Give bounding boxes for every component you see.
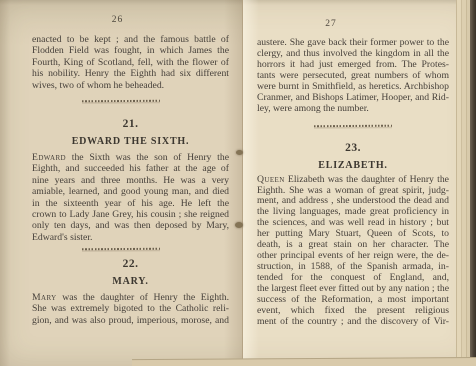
text-line: wives, two of whom he beheaded. [32, 80, 229, 91]
text-line: horrors it had just emerged from. The Pr… [257, 60, 449, 71]
text-line: ley, were among the number. [257, 104, 449, 115]
text-line: austere. She gave back their former powe… [257, 38, 449, 49]
text-line: Flodden Field was fought, in which James… [32, 45, 229, 56]
gutter-fold-line [242, 0, 243, 366]
text-line: event, which fixed the present religious… [257, 306, 449, 317]
text-line: death, is a great stain on her character… [257, 240, 449, 251]
book-cover-edge [470, 0, 476, 366]
smallcaps-lead-word: Edward [32, 152, 66, 163]
text-line: enacted to be kept ; and the famous batt… [32, 34, 229, 45]
text-line: She was extremely bigoted to the Catholi… [32, 303, 229, 314]
bottom-page-edge [132, 357, 476, 366]
text-line: Queen Elizabeth was the daughter of Henr… [257, 175, 449, 186]
book-spread-scan: 26enacted to be kept ; and the famous ba… [0, 0, 476, 366]
text-line: Fourth, King of Scotland, fell, with the… [32, 57, 229, 68]
text-line: Edward's sister. [32, 232, 229, 243]
text-line: crown to Lady Jane Grey, his cousin ; sh… [32, 209, 229, 220]
page-number: 26 [32, 14, 229, 26]
page-right-text-column: 27austere. She gave back their former po… [257, 18, 449, 328]
section-divider-rule [82, 100, 160, 103]
page-number: 27 [257, 18, 449, 30]
text-line: in the sixteenth year of his age. He lef… [32, 198, 229, 209]
text-line: struction, in 1588, of the Spanish armad… [257, 262, 449, 273]
text-line: tants were persecuted, great numbers of … [257, 71, 449, 82]
text-line: only ten days, and was then deposed by M… [32, 220, 229, 231]
section-divider-rule [82, 248, 160, 251]
text-line: the sciences, and was well read in histo… [257, 218, 449, 229]
paragraph: Queen Elizabeth was the daughter of Henr… [257, 175, 449, 328]
paragraph: austere. She gave back their former powe… [257, 38, 449, 115]
binding-stitch-mark [235, 222, 243, 228]
section-title: MARY. [32, 276, 229, 288]
text-line: his nobility. Henry the Eighth had six d… [32, 68, 229, 79]
text-line: success of the Reformation, a most impor… [257, 295, 449, 306]
text-line: Edward the Sixth was the son of Henry th… [32, 152, 229, 163]
section-number: 23. [257, 141, 449, 155]
section-title: ELIZABETH. [257, 160, 449, 172]
left-edge-shadow [0, 0, 10, 366]
text-line: amiable, learned, and good young man, an… [32, 186, 229, 197]
section-number: 21. [32, 117, 229, 131]
text-line: ment, and address , she understood the d… [257, 196, 449, 207]
text-line: nine years and three months. He was a ve… [32, 175, 229, 186]
paragraph: Mary was the daughter of Henry the Eight… [32, 292, 229, 326]
text-line: Mary was the daughter of Henry the Eight… [32, 292, 229, 303]
text-line: ment of the country ; and the discovery … [257, 317, 449, 328]
smallcaps-lead-word: Queen [257, 175, 285, 185]
top-edge-shadow [0, 0, 476, 5]
text-line: gion, and was also proud, imperious, mor… [32, 315, 229, 326]
smallcaps-lead-word: Mary [32, 292, 57, 303]
paragraph: Edward the Sixth was the son of Henry th… [32, 152, 229, 243]
section-title: EDWARD THE SIXTH. [32, 136, 229, 148]
text-line: Cranmer, and Bishops Latimer, Hooper, an… [257, 93, 449, 104]
section-divider-rule [314, 124, 392, 127]
text-line: Eighth, and succeeded his father at the … [32, 163, 229, 174]
page-left-text-column: 26enacted to be kept ; and the famous ba… [32, 14, 229, 326]
text-line: Eighth. She was a woman of great spirit,… [257, 186, 449, 197]
text-line: the largest fleet ever fitted out by any… [257, 284, 449, 295]
page-edge-stack [456, 0, 470, 366]
text-line: the living languages, made great profici… [257, 207, 449, 218]
text-line: tended for the conquest of England, and,… [257, 273, 449, 284]
text-line: her putting Mary Stuart, Queen of Scots,… [257, 229, 449, 240]
binding-stitch-mark [236, 150, 243, 155]
paragraph: enacted to be kept ; and the famous batt… [32, 34, 229, 91]
text-line: clergy, and thus involved the kingdom in… [257, 49, 449, 60]
text-line: were burnt in Smithfield, as heretics. A… [257, 82, 449, 93]
section-number: 22. [32, 257, 229, 271]
text-line: other principal events of her reign were… [257, 251, 449, 262]
